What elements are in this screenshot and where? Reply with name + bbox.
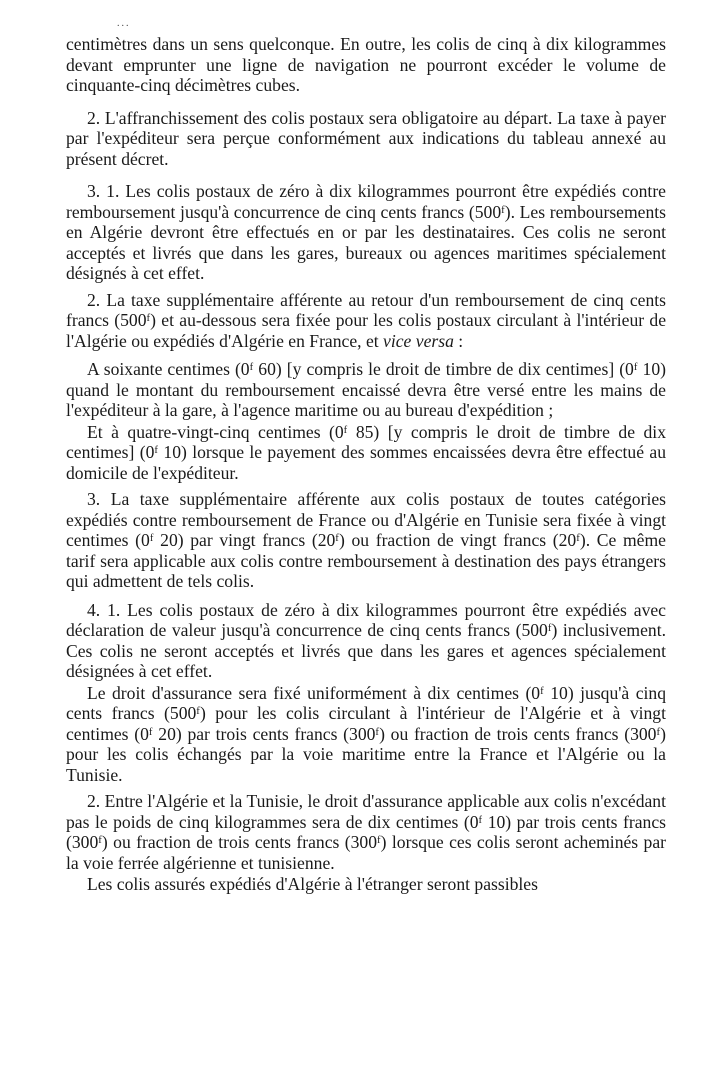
article-4-2-algeria-tunisia-paragraph: 2. Entre l'Algérie et la Tunisie, le dro…	[66, 791, 666, 873]
foreign-insured-parcels-paragraph: Les colis assurés expédiés d'Algérie à l…	[66, 874, 666, 895]
eighty-five-centimes-paragraph: Et à quatre-vingt-cinq centimes (0ᶠ 85) …	[66, 422, 666, 484]
article-3-2-colon: :	[454, 331, 463, 351]
article-3-2-text: 2. La taxe supplémentaire afférente au r…	[66, 290, 666, 351]
article-3-1-cash-on-delivery-paragraph: 3. 1. Les colis postaux de zéro à dix ki…	[66, 181, 666, 284]
vice-versa-italic: vice versa	[383, 331, 454, 351]
sixty-centimes-paragraph: A soixante centimes (0ᶠ 60) [y compris l…	[66, 359, 666, 421]
document-page: centimètres dans un sens quelconque. En …	[66, 34, 666, 895]
article-3-3-tunisia-paragraph: 3. La taxe supplémentaire afférente aux …	[66, 489, 666, 592]
article-4-1-declared-value-paragraph: 4. 1. Les colis postaux de zéro à dix ki…	[66, 600, 666, 682]
paragraph-continuation: centimètres dans un sens quelconque. En …	[66, 34, 666, 96]
insurance-fee-paragraph: Le droit d'assurance sera fixé uniformém…	[66, 683, 666, 786]
page-header-marks: ...	[117, 18, 131, 29]
article-2-postage-paragraph: 2. L'affranchissement des colis postaux …	[66, 108, 666, 170]
article-3-2-surcharge-paragraph: 2. La taxe supplémentaire afférente au r…	[66, 290, 666, 352]
